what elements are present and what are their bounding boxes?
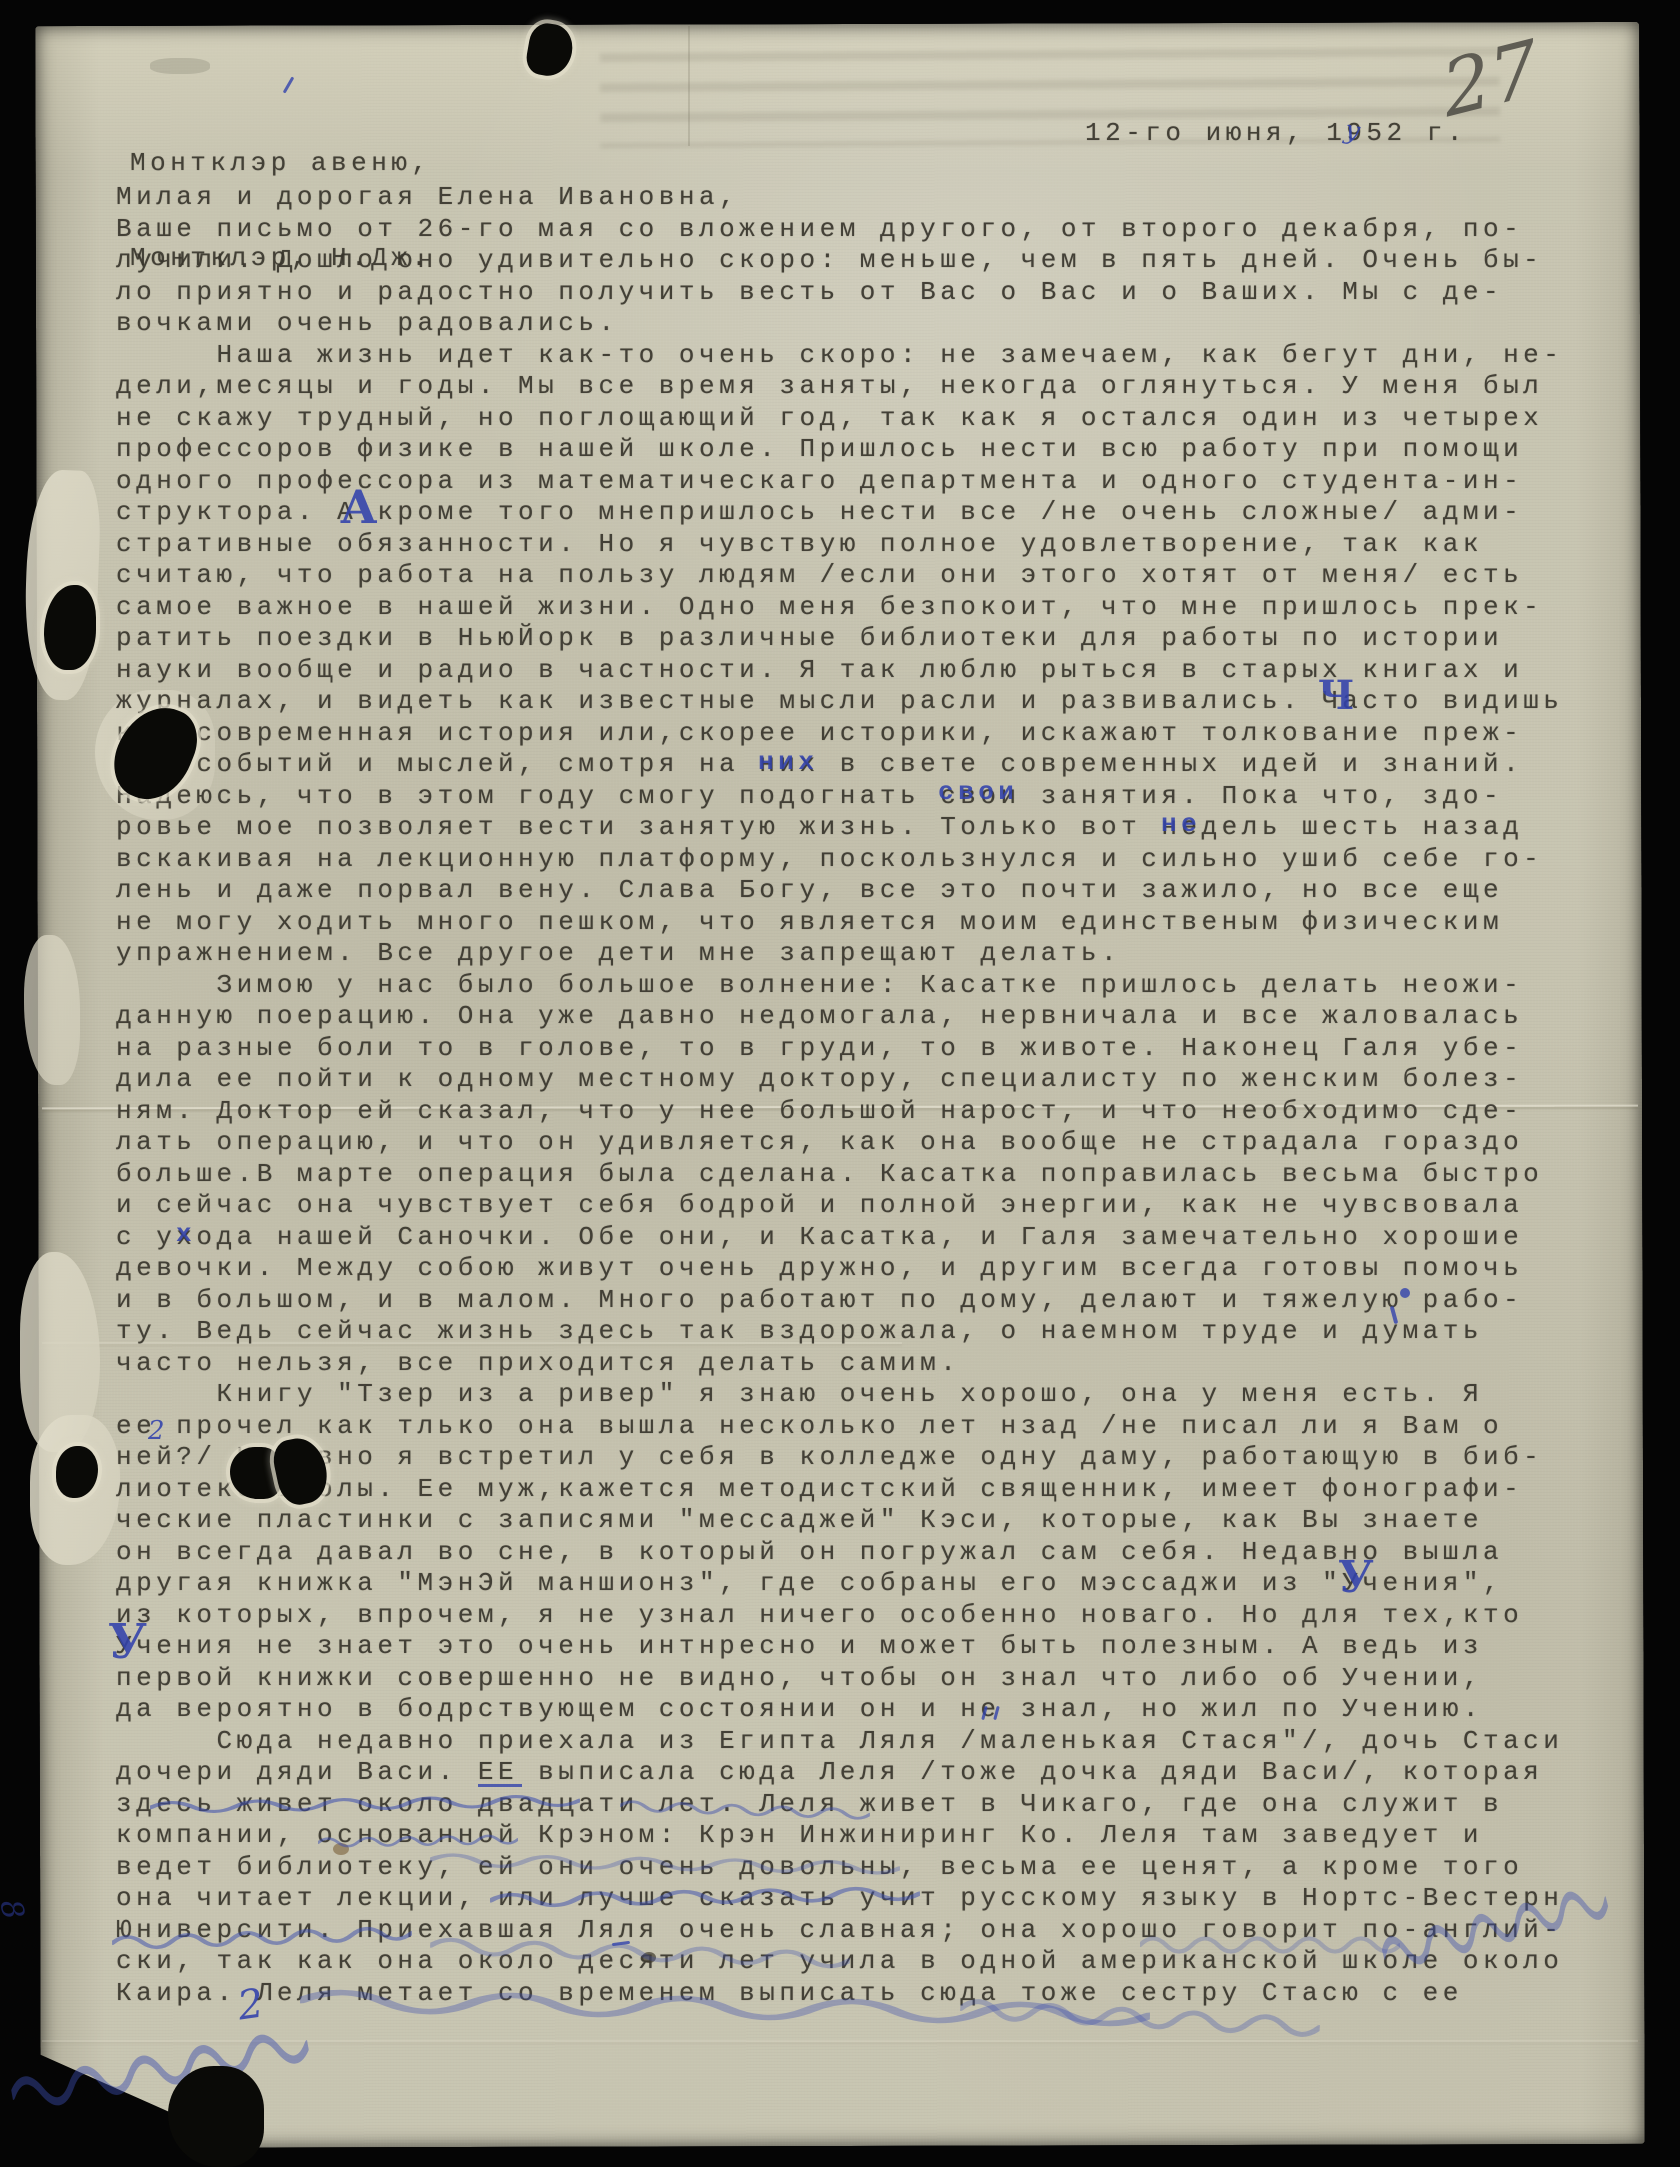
letter-line: лучили. Дошло оно удивительно скоро: мен… xyxy=(116,245,1563,277)
letter-line: первой книжки совершенно не видно, чтобы… xyxy=(116,1663,1563,1695)
stain xyxy=(150,58,210,74)
letter-line: Книгу "Тзер из а ривер" я знаю очень хор… xyxy=(116,1379,1563,1411)
ink-correction-word: них xyxy=(758,747,818,777)
letter-line: структора. А кроме того мнепришлось нест… xyxy=(116,497,1563,529)
scanned-letter-page: Монтклэр авеню, Монтклэр, Н.Дж. 12-го ию… xyxy=(0,0,1680,2167)
ink-blot xyxy=(1400,1288,1410,1298)
letter-line: Ваше письмо от 26-го мая со вложением др… xyxy=(116,214,1563,246)
letter-line: с ухода нашей Саночки. Обе они, и Касатк… xyxy=(116,1222,1563,1254)
letter-body: Милая и дорогая Елена Ивановна,Ваше пись… xyxy=(116,182,1563,2009)
letter-line: ратить поездки в НьюЙорк в различные биб… xyxy=(116,623,1563,655)
letter-line: данную поерацию. Она уже давно недомогал… xyxy=(116,1001,1563,1033)
letter-line: девочки. Между собою живут очень дружно,… xyxy=(116,1253,1563,1285)
paper-crease xyxy=(688,26,690,146)
letter-line: лень и даже порвал вену. Слава Богу, все… xyxy=(116,875,1563,907)
paper-tear xyxy=(24,935,80,1085)
letter-line: ней?/ Недавно я встретил у себя в коллед… xyxy=(116,1442,1563,1474)
letter-line: из которых, впрочем, я не узнал ничего о… xyxy=(116,1600,1563,1632)
ink-scribble xyxy=(1140,1930,1400,1960)
ink-correction-letter: х xyxy=(176,1219,196,1249)
letter-line: самое важное в нашей жизни. Одно меня бе… xyxy=(116,592,1563,624)
letter-line: ее прочел как тлько она вышла несколько … xyxy=(116,1411,1563,1443)
letter-line: дели,месяцы и годы. Мы все время заняты,… xyxy=(116,371,1563,403)
letter-line: ло приятно и радостно получить весть от … xyxy=(116,277,1563,309)
letter-line: Милая и дорогая Елена Ивановна, xyxy=(116,182,1563,214)
letter-line: больше.В марте операция была сделана. Ка… xyxy=(116,1159,1563,1191)
letter-line: Учения не знает это очень интнресно и мо… xyxy=(116,1631,1563,1663)
letter-line: лиотеке школы. Ее муж,кажется методистск… xyxy=(116,1474,1563,1506)
letter-line: ням. Доктор ей сказал, что у нее большой… xyxy=(116,1096,1563,1128)
letter-line: Зимою у нас было большое волнение: Касат… xyxy=(116,970,1563,1002)
letter-date: 12-го июня, 1952 г. xyxy=(1085,118,1467,150)
margin-ink-mark: 8 xyxy=(0,1897,31,1923)
ink-correction-word: не xyxy=(1161,809,1201,839)
ink-correction-letter: Ч xyxy=(1318,672,1355,719)
letter-line: Надеюсь, что в этом году смогу подогнать… xyxy=(116,781,1563,813)
letter-line: лать операцию, и что он удивляется, как … xyxy=(116,1127,1563,1159)
letter-line: считаю, что работа на пользу людям /если… xyxy=(116,560,1563,592)
letter-line: не могу ходить много пешком, что являетс… xyxy=(116,907,1563,939)
sender-address-line1: Монтклэр авеню, xyxy=(130,148,432,180)
ink-correction-letter: А xyxy=(340,480,377,534)
letter-line: да вероятно в бодрствующем состоянии он … xyxy=(116,1694,1563,1726)
letter-line: как современная история или,скорее истор… xyxy=(116,718,1563,750)
letter-line: часто нельзя, все приходится делать сами… xyxy=(116,1348,1563,1380)
ink-footnote-number: 2 xyxy=(148,1416,165,1446)
letter-line: и в большом, и в малом. Много работают п… xyxy=(116,1285,1563,1317)
letter-line: них событий и мыслей, смотря на них в св… xyxy=(116,749,1563,781)
letter-line: дочери дяди Васи. ЕЕ выписала сюда Леля … xyxy=(116,1757,1563,1789)
ink-underline-EE xyxy=(478,1784,522,1787)
letter-line: профессоров физике в нашей школе. Пришло… xyxy=(116,434,1563,466)
ink-correction-word: свои xyxy=(938,777,1018,807)
letter-line: ту. Ведь сейчас жизнь здесь так вздорожа… xyxy=(116,1316,1563,1348)
letter-line: Сюда недавно приехала из Египта Ляля /ма… xyxy=(116,1726,1563,1758)
letter-line: одного профессора из математическаго деп… xyxy=(116,466,1563,498)
letter-line: не скажу трудный, но поглощающий год, та… xyxy=(116,403,1563,435)
letter-line: вочками очень радовались. xyxy=(116,308,1563,340)
letter-line: стративные обязанности. Но я чувствую по… xyxy=(116,529,1563,561)
ink-blob xyxy=(168,2066,264,2167)
letter-line: дила ее пойти к одному местному доктору,… xyxy=(116,1064,1563,1096)
letter-line: вскакивая на лекционную платформу, поско… xyxy=(116,844,1563,876)
letter-line: упражнением. Все другое дети мне запреща… xyxy=(116,938,1563,970)
letter-line: на разные боли то в голове, то в груди, … xyxy=(116,1033,1563,1065)
ink-correction-letter: У xyxy=(1338,1552,1374,1603)
letter-line: ровье мое позволяет вести занятую жизнь.… xyxy=(116,812,1563,844)
letter-line: ческие пластинки с записями "мессаджей" … xyxy=(116,1505,1563,1537)
ink-correction-letter: У xyxy=(108,1614,147,1670)
letter-line: и сейчас она чувствует себя бодрой и пол… xyxy=(116,1190,1563,1222)
letter-line: Наша жизнь идет как-то очень скоро: не з… xyxy=(116,340,1563,372)
